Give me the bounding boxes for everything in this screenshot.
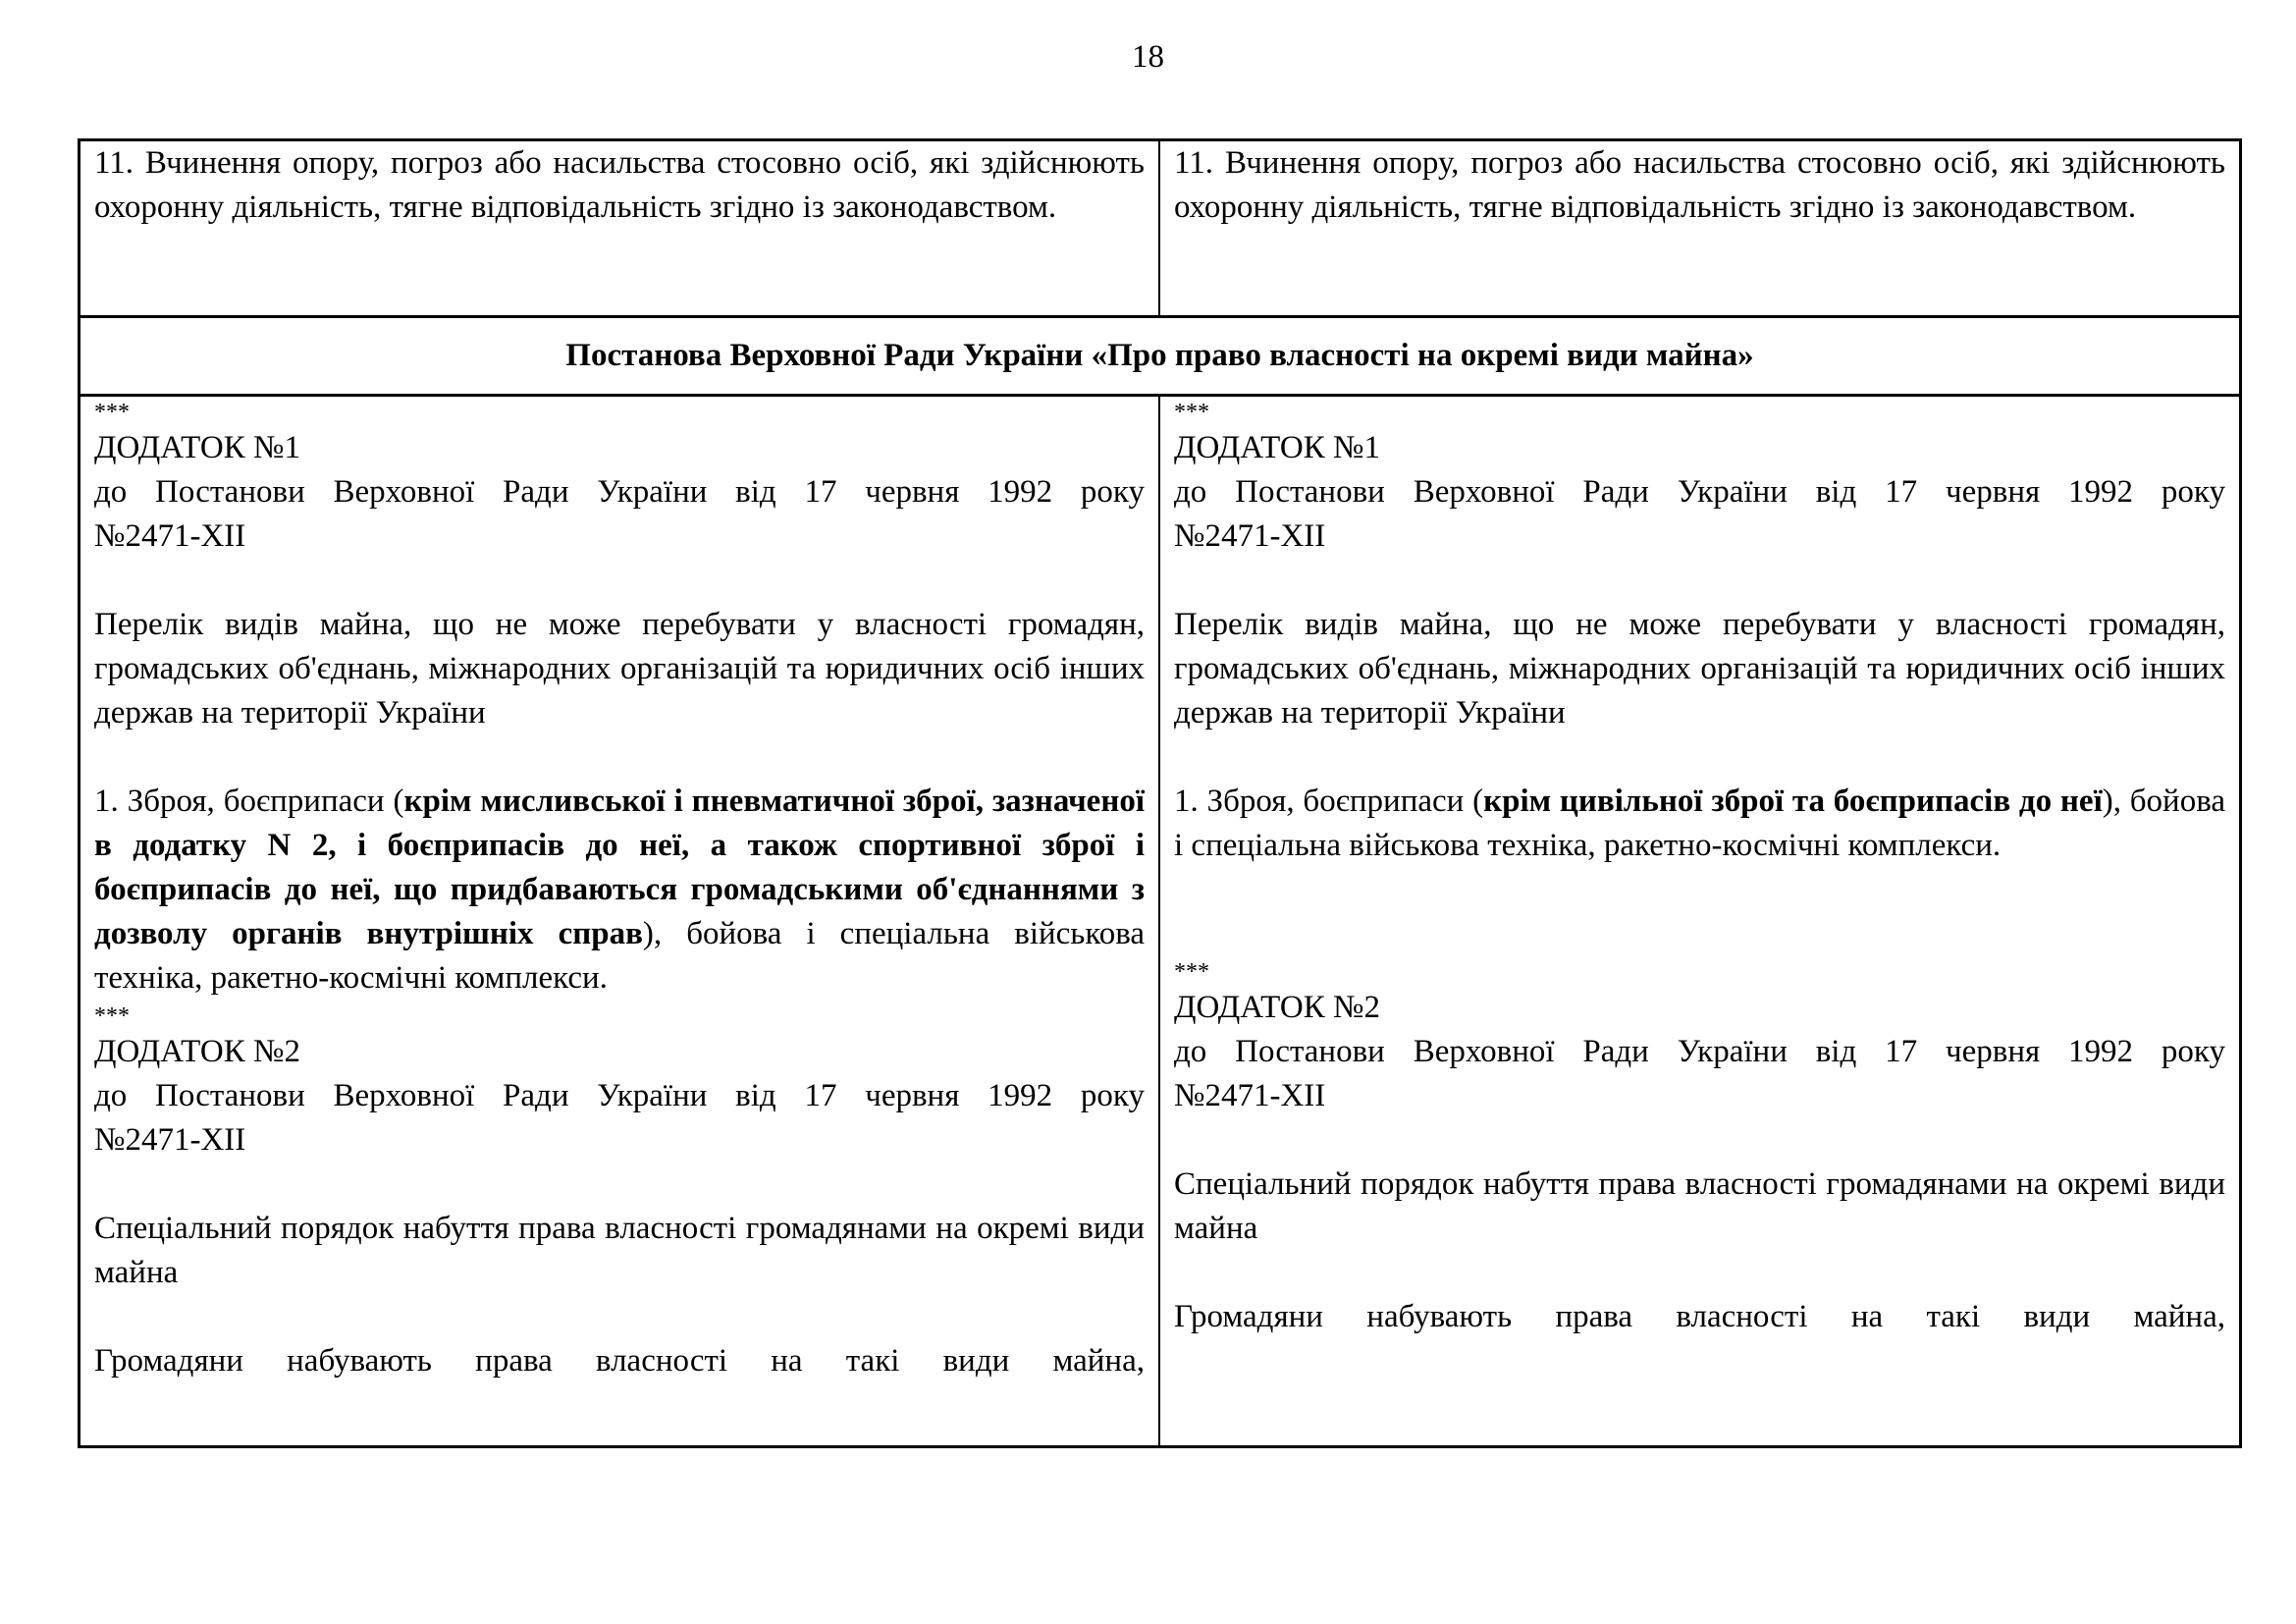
separator-stars: *** <box>94 1002 1145 1030</box>
separator-stars: *** <box>94 399 1145 426</box>
appendix-2-number: №2471-XII <box>94 1118 1145 1163</box>
appendix-1-title: ДОДАТОК №1 <box>94 426 1145 470</box>
appendix-1-reference: до Постанови Верховної Ради України від … <box>94 470 1145 514</box>
appendix-1-number: №2471-XII <box>94 514 1145 559</box>
item-1-text: 1. Зброя, боєприпаси (крім цивільної збр… <box>1174 780 2225 868</box>
appendix-1-title: ДОДАТОК №1 <box>1174 426 2225 470</box>
cell-proposed-version: 11. Вчинення опору, погроз або насильств… <box>1160 141 2239 315</box>
table-row-section-header: Постанова Верховної Ради України «Про пр… <box>80 315 2239 394</box>
citizens-text: Громадяни набувають права власності на т… <box>1174 1295 2225 1339</box>
appendix-1-number: №2471-XII <box>1174 514 2225 559</box>
special-order-title: Спеціальний порядок набуття права власно… <box>1174 1163 2225 1251</box>
appendix-2-reference: до Постанови Верховної Ради України від … <box>94 1074 1145 1118</box>
citizens-text: Громадяни набувають права власності на т… <box>94 1339 1145 1383</box>
item-1-bold-text: крім цивільної зброї та боєприпасів до н… <box>1483 784 2103 819</box>
cell-current-version: 11. Вчинення опору, погроз або насильств… <box>80 141 1160 315</box>
section-header-title: Постанова Верховної Ради України «Про пр… <box>80 338 2239 374</box>
appendix-1-reference: до Постанови Верховної Ради України від … <box>1174 470 2225 514</box>
cell-proposed-version: *** ДОДАТОК №1 до Постанови Верховної Ра… <box>1160 397 2239 1445</box>
table-row-clause-11: 11. Вчинення опору, погроз або насильств… <box>80 141 2239 315</box>
appendix-2-reference: до Постанови Верховної Ради України від … <box>1174 1030 2225 1074</box>
item-1-text: 1. Зброя, боєприпаси (крім мисливської і… <box>94 780 1145 1001</box>
cell-current-version: *** ДОДАТОК №1 до Постанови Верховної Ра… <box>80 397 1160 1445</box>
appendix-2-title: ДОДАТОК №2 <box>94 1030 1145 1074</box>
special-order-title: Спеціальний порядок набуття права власно… <box>94 1207 1145 1295</box>
clause-11-text-right: 11. Вчинення опору, погроз або насильств… <box>1174 141 2225 230</box>
property-list-title: Перелік видів майна, що не може перебува… <box>1174 603 2225 735</box>
page-number: 18 <box>0 37 2296 77</box>
appendix-2-number: №2471-XII <box>1174 1074 2225 1118</box>
separator-stars: *** <box>1174 399 2225 426</box>
table-row-appendices: *** ДОДАТОК №1 до Постанови Верховної Ра… <box>80 394 2239 1445</box>
appendix-2-title: ДОДАТОК №2 <box>1174 986 2225 1030</box>
property-list-title: Перелік видів майна, що не може перебува… <box>94 603 1145 735</box>
clause-11-text-left: 11. Вчинення опору, погроз або насильств… <box>94 141 1145 230</box>
comparison-table: 11. Вчинення опору, погроз або насильств… <box>78 138 2242 1448</box>
separator-stars: *** <box>1174 958 2225 986</box>
